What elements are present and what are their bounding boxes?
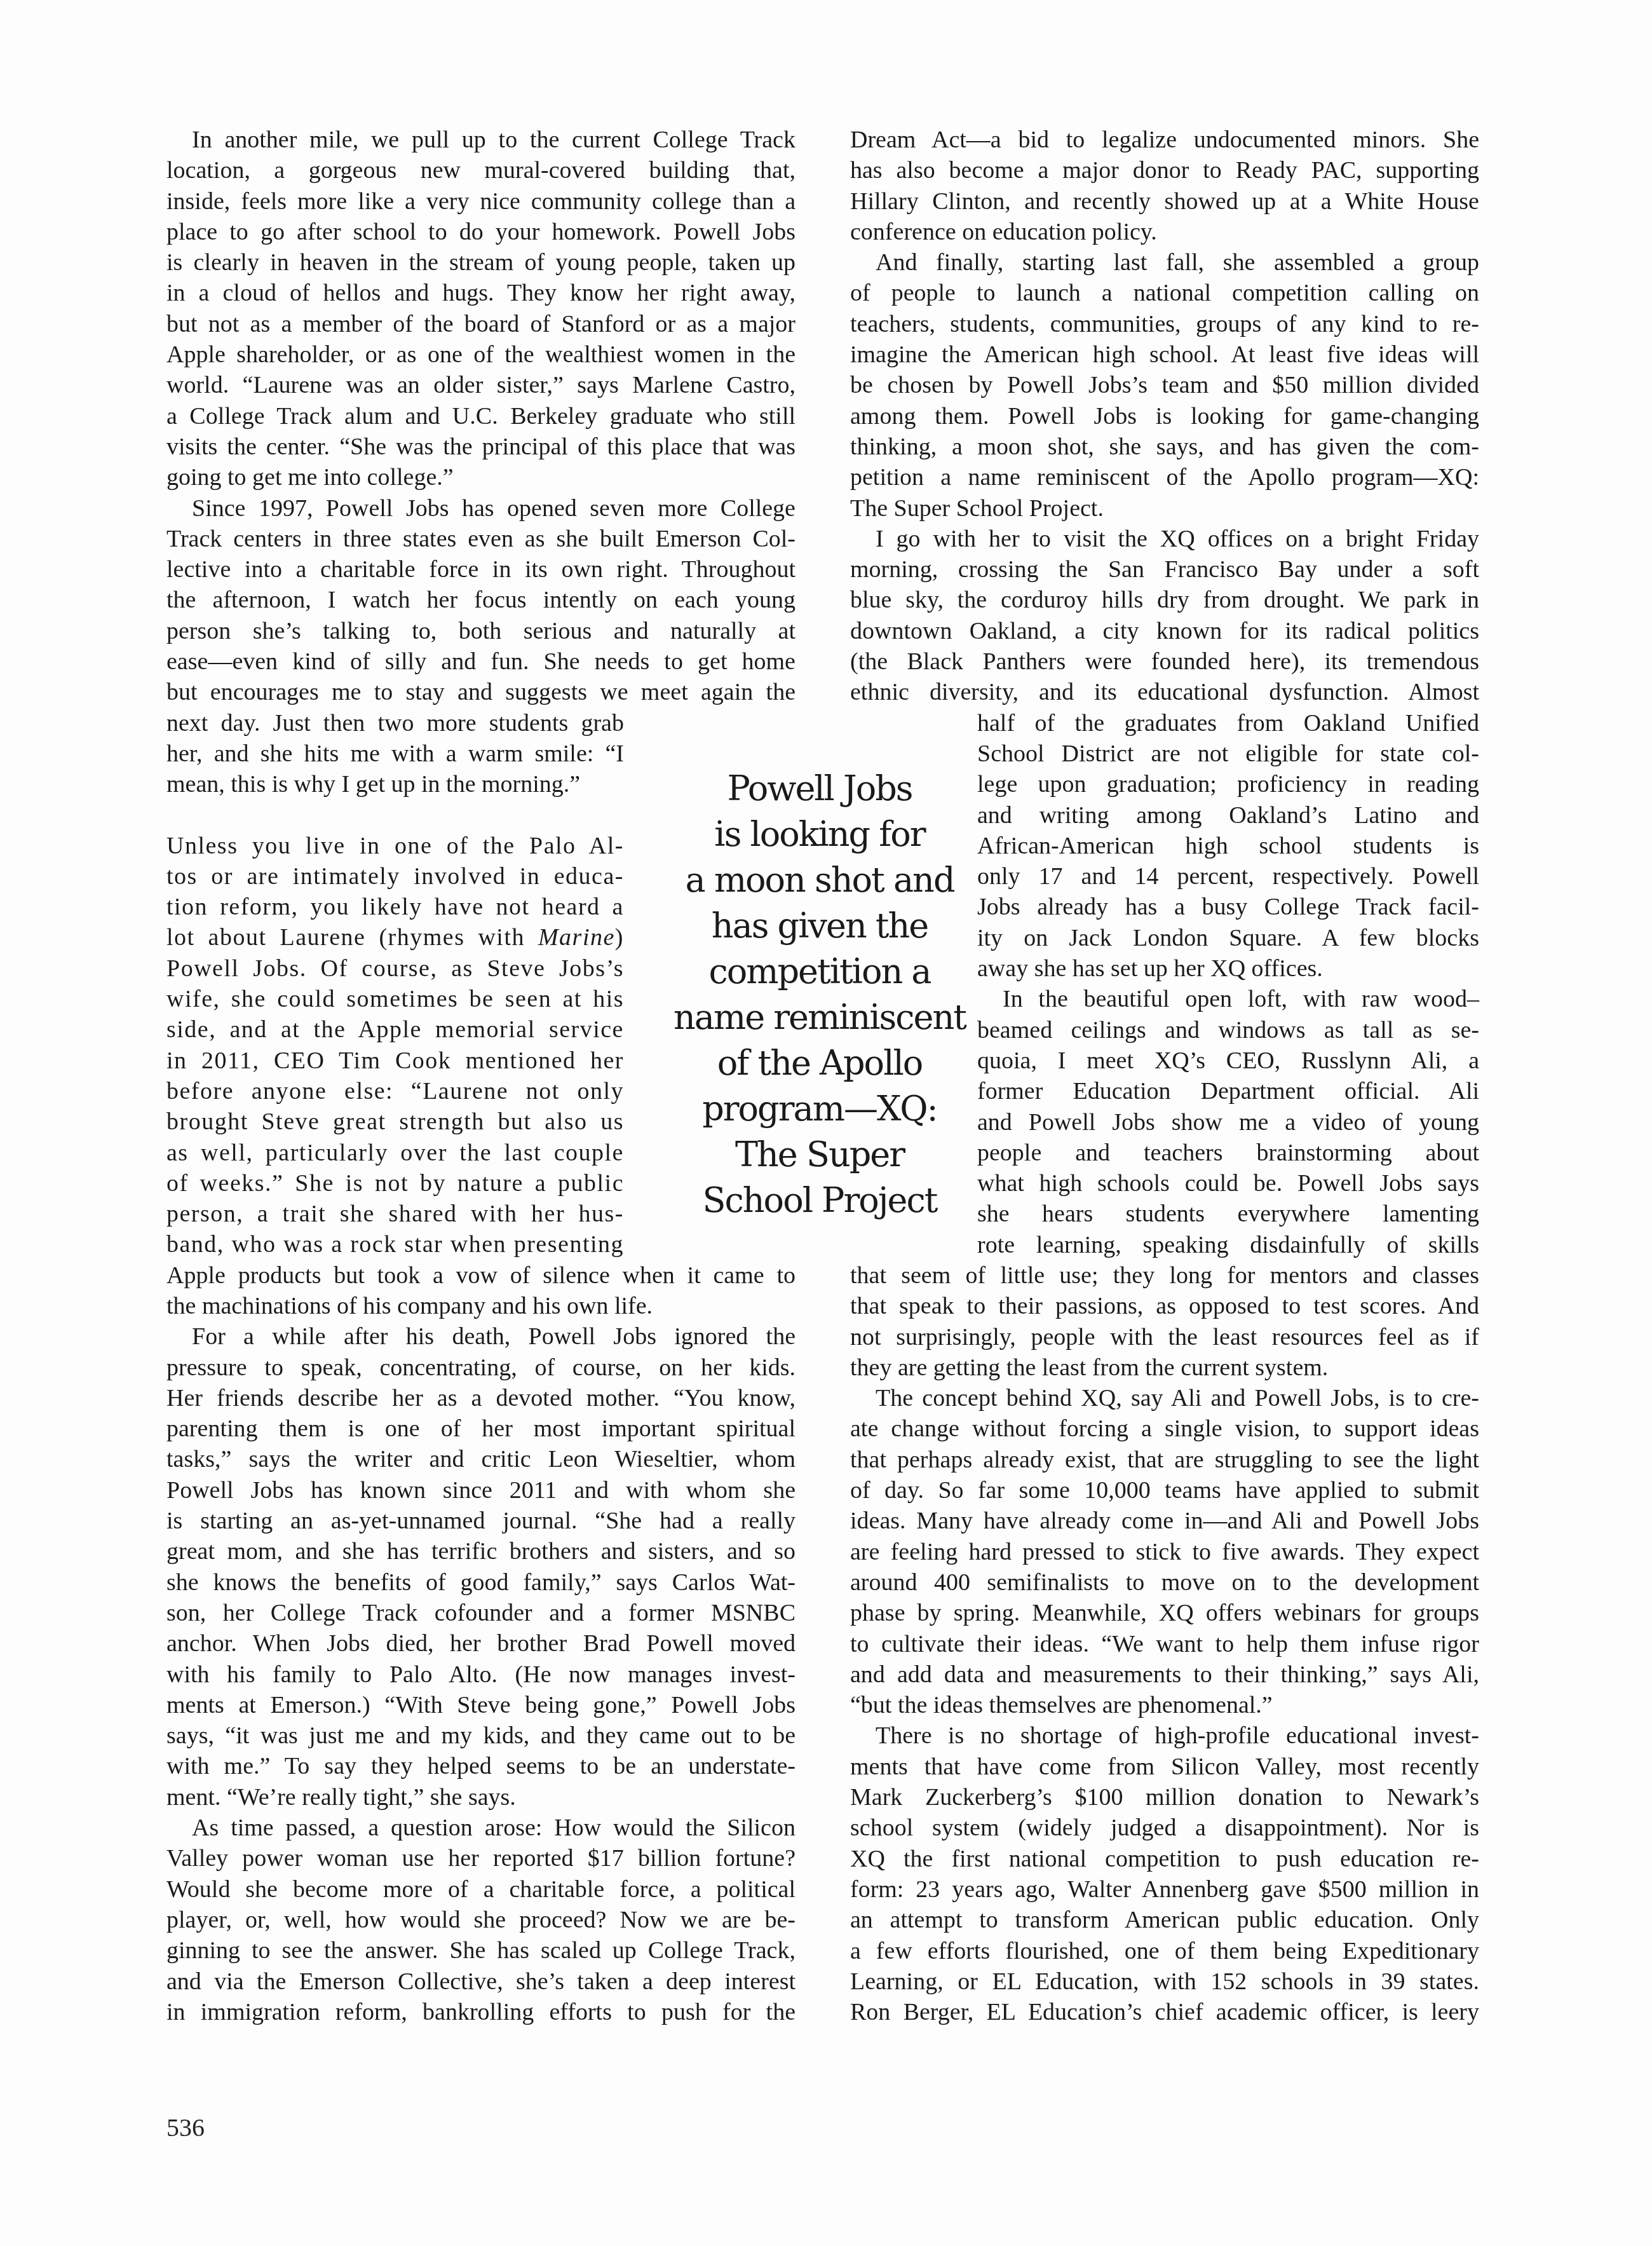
text-line: she knows the benefits of good family,” … (166, 1567, 796, 1598)
text-line: Mark Zuckerberg’s $100 million donation … (850, 1782, 1479, 1813)
text-line: people and teachers brainstorming about (977, 1138, 1479, 1168)
text-line: and writing among Oakland’s Latino and (977, 800, 1479, 831)
text-line: Hillary Clinton, and recently showed up … (850, 186, 1479, 217)
text-line: great mom, and she has terrific brothers… (166, 1536, 796, 1567)
text-line: but not as a member of the board of Stan… (166, 309, 796, 339)
paragraph-after-his-death: For a while after his death, Powell Jobs… (166, 1321, 796, 1813)
text-line: ment. “We’re really tight,” she says. (166, 1782, 796, 1813)
text-line: In the beautiful open loft, with raw woo… (977, 984, 1479, 1014)
text-line: Would she become more of a charitable fo… (166, 1874, 796, 1905)
text-line: “but the ideas themselves are phenomenal… (850, 1690, 1479, 1720)
text-line: Track centers in three states even as sh… (166, 524, 796, 554)
text-line: world. “Laurene was an older sister,” sa… (166, 370, 796, 400)
text-line: Powell Jobs has known since 2011 and wit… (166, 1475, 796, 1506)
italic-word: Marine (538, 924, 615, 951)
text-line: away she has set up her XQ offices. (977, 953, 1479, 984)
text-line: a College Track alum and U.C. Berkeley g… (166, 401, 796, 432)
text-line: XQ the first national competition to pus… (850, 1844, 1479, 1874)
text-line: Apple shareholder, or as one of the weal… (166, 339, 796, 370)
magazine-page: In another mile, we pull up to the curre… (0, 0, 1652, 2246)
text-line: son, her College Track cofounder and a f… (166, 1598, 796, 1628)
text-line: an attempt to transform American public … (850, 1905, 1479, 1935)
text-line: among them. Powell Jobs is looking for g… (850, 401, 1479, 432)
text-line: to cultivate their ideas. “We want to he… (850, 1629, 1479, 1659)
paragraph-dream-act: Dream Act—a bid to legalize undocumented… (850, 125, 1479, 247)
page-number: 536 (166, 2113, 205, 2142)
text-line: says, “it was just me and my kids, and t… (166, 1720, 796, 1751)
text-line: lective into a charitable force in its o… (166, 554, 796, 585)
text-line: ginning to see the answer. She has scale… (166, 1935, 796, 1966)
paragraph-as-time-passed: As time passed, a question arose: How wo… (166, 1813, 796, 2027)
text-line: player, or, well, how would she proceed?… (166, 1905, 796, 1935)
text-line: teachers, students, communities, groups … (850, 309, 1479, 339)
text-line: in 2011, CEO Tim Cook mentioned her (166, 1045, 624, 1076)
text-line: ity on Jack London Square. A few blocks (977, 923, 1479, 953)
text-line: of weeks.” She is not by nature a public (166, 1168, 624, 1199)
text-line: brought Steve great strength but also us (166, 1106, 624, 1137)
text-line: thinking, a moon shot, she says, and has… (850, 432, 1479, 462)
text-line: blue sky, the corduroy hills dry from dr… (850, 585, 1479, 615)
text-line: around 400 semifinalists to move on to t… (850, 1567, 1479, 1598)
text-line: what high schools could be. Powell Jobs … (977, 1168, 1479, 1199)
paragraph-college-track-visit: In another mile, we pull up to the curre… (166, 125, 796, 493)
text-line: Her friends describe her as a devoted mo… (166, 1383, 796, 1413)
text-line: beamed ceilings and windows as tall as s… (977, 1015, 1479, 1045)
text-line: be chosen by Powell Jobs’s team and $50 … (850, 370, 1479, 400)
text-line: Dream Act—a bid to legalize undocumented… (850, 125, 1479, 155)
text-line: The Super School Project. (850, 493, 1479, 524)
text-line: next day. Just then two more students gr… (166, 708, 624, 738)
text-line: only 17 and 14 percent, respectively. Po… (977, 861, 1479, 892)
text-line: with his family to Palo Alto. (He now ma… (166, 1659, 796, 1690)
text-line: are feeling hard pressed to stick to fiv… (850, 1537, 1479, 1567)
text-line: For a while after his death, Powell Jobs… (166, 1321, 796, 1352)
paragraph-xq-offices-visit: I go with her to visit the XQ offices on… (850, 524, 1479, 984)
text-line: Since 1997, Powell Jobs has opened seven… (166, 493, 796, 524)
text-line: that perhaps already exist, that are str… (850, 1445, 1479, 1475)
text-line: they are getting the least from the curr… (850, 1352, 1479, 1383)
text-line: with me.” To say they helped seems to be… (166, 1751, 796, 1781)
text-line: is starting an as-yet-unnamed journal. “… (166, 1506, 796, 1536)
text-line: pressure to speak, concentrating, of cou… (166, 1352, 796, 1383)
text-line: tion reform, you likely have not heard a (166, 892, 624, 922)
text-line: morning, crossing the San Francisco Bay … (850, 554, 1479, 585)
text-line: ate change without forcing a single visi… (850, 1413, 1479, 1444)
text-line: in a cloud of hellos and hugs. They know… (166, 278, 796, 308)
text-line: (the Black Panthers were founded here), … (850, 646, 1479, 677)
paragraph-concept-behind-xq: The concept behind XQ, say Ali and Powel… (850, 1383, 1479, 1720)
text-line: place to go after school to do your home… (166, 217, 796, 247)
text-line: I go with her to visit the XQ offices on… (850, 524, 1479, 554)
text-line: ments at Emerson.) “With Steve being gon… (166, 1690, 796, 1720)
paragraph-national-competition: And finally, starting last fall, she ass… (850, 247, 1479, 524)
text-line: tasks,” says the writer and critic Leon … (166, 1444, 796, 1474)
text-line: as well, particularly over the last coup… (166, 1138, 624, 1168)
text-line: she hears students everywhere lamenting (977, 1199, 1479, 1229)
text-line: and Powell Jobs show me a video of young (977, 1107, 1479, 1138)
text-line: not surprisingly, people with the least … (850, 1322, 1479, 1352)
text-line: Ron Berger, EL Education’s chief academi… (850, 1997, 1479, 2027)
text-line: rote learning, speaking disdainfully of … (977, 1230, 1479, 1260)
text-line: and add data and measurements to their t… (850, 1659, 1479, 1690)
text-line: Valley power woman use her reported $17 … (166, 1843, 796, 1874)
text-line: Apple products but took a vow of silence… (166, 1260, 796, 1291)
text-line: before anyone else: “Laurene not only (166, 1076, 624, 1106)
text-line: tos or are intimately involved in educa- (166, 861, 624, 892)
text-fragment: ) (615, 924, 624, 951)
paragraph-no-shortage: There is no shortage of high-profile edu… (850, 1720, 1479, 2027)
text-line: ments that have come from Silicon Valley… (850, 1752, 1479, 1782)
text-line: ideas. Many have already come in—and Ali… (850, 1506, 1479, 1536)
text-line: And finally, starting last fall, she ass… (850, 247, 1479, 278)
text-line: School District are not eligible for sta… (977, 738, 1479, 769)
text-line: person, a trait she shared with her hus- (166, 1199, 624, 1229)
text-line: of people to launch a national competiti… (850, 278, 1479, 308)
text-line: petition a name reminiscent of the Apoll… (850, 462, 1479, 493)
paragraph-open-loft: In the beautiful open loft, with raw woo… (850, 984, 1479, 1383)
text-line: In another mile, we pull up to the curre… (166, 125, 796, 155)
text-line: form: 23 years ago, Walter Annenberg gav… (850, 1874, 1479, 1905)
paragraph-since-1997: Since 1997, Powell Jobs has opened seven… (166, 493, 796, 800)
text-line: imagine the American high school. At lea… (850, 339, 1479, 370)
text-line: lege upon graduation; proficiency in rea… (977, 769, 1479, 800)
text-fragment: lot about Laurene (rhymes with (166, 924, 538, 951)
text-line: There is no shortage of high-profile edu… (850, 1720, 1479, 1751)
text-line: school system (widely judged a disappoin… (850, 1813, 1479, 1843)
text-line: parenting them is one of her most import… (166, 1413, 796, 1444)
right-column: Dream Act—a bid to legalize undocumented… (850, 125, 1479, 2027)
text-line: ease—even kind of silly and fun. She nee… (166, 646, 796, 677)
text-line: the afternoon, I watch her focus intentl… (166, 585, 796, 615)
text-line: anchor. When Jobs died, her brother Brad… (166, 1628, 796, 1659)
text-line: her, and she hits me with a warm smile: … (166, 738, 624, 769)
text-line: location, a gorgeous new mural-covered b… (166, 155, 796, 186)
text-line: and via the Emerson Collective, she’s ta… (166, 1966, 796, 1997)
text-line: the machinations of his company and his … (166, 1291, 796, 1321)
text-line: in immigration reform, bankrolling effor… (166, 1997, 796, 2027)
text-line: that speak to their passions, as opposed… (850, 1291, 1479, 1321)
text-line: conference on education policy. (850, 217, 1479, 247)
text-line: that seem of little use; they long for m… (850, 1260, 1479, 1291)
text-line: Powell Jobs. Of course, as Steve Jobs’s (166, 953, 624, 984)
text-line: ethnic diversity, and its educational dy… (850, 677, 1479, 707)
text-line: but encourages me to stay and suggests w… (166, 677, 796, 707)
text-line: African-American high school students is (977, 831, 1479, 861)
text-line: inside, feels more like a very nice comm… (166, 186, 796, 217)
text-line: wife, she could sometimes be seen at his (166, 984, 624, 1014)
text-line: Unless you live in one of the Palo Al- (166, 831, 624, 861)
text-line: is clearly in heaven in the stream of yo… (166, 247, 796, 278)
text-line: lot about Laurene (rhymes with Marine) (166, 922, 624, 953)
text-line: Jobs already has a busy College Track fa… (977, 892, 1479, 922)
text-line: has also become a major donor to Ready P… (850, 155, 1479, 186)
text-line: quoia, I meet XQ’s CEO, Russlynn Ali, a (977, 1045, 1479, 1076)
text-line: Learning, or EL Education, with 152 scho… (850, 1966, 1479, 1997)
text-line: mean, this is why I get up in the mornin… (166, 769, 624, 800)
text-line: phase by spring. Meanwhile, XQ offers we… (850, 1598, 1479, 1628)
text-line: a few efforts flourished, one of them be… (850, 1936, 1479, 1966)
text-line: band, who was a rock star when presentin… (166, 1229, 624, 1260)
text-line: going to get me into college.” (166, 462, 796, 493)
text-line: visits the center. “She was the principa… (166, 432, 796, 462)
text-line: As time passed, a question arose: How wo… (166, 1813, 796, 1843)
text-line: of day. So far some 10,000 teams have ap… (850, 1475, 1479, 1506)
text-line: side, and at the Apple memorial service (166, 1014, 624, 1045)
text-line: person she’s talking to, both serious an… (166, 616, 796, 646)
text-line: former Education Department official. Al… (977, 1076, 1479, 1106)
text-line: half of the graduates from Oakland Unifi… (977, 708, 1479, 738)
text-line: The concept behind XQ, say Ali and Powel… (850, 1383, 1479, 1413)
text-line: downtown Oakland, a city known for its r… (850, 616, 1479, 646)
